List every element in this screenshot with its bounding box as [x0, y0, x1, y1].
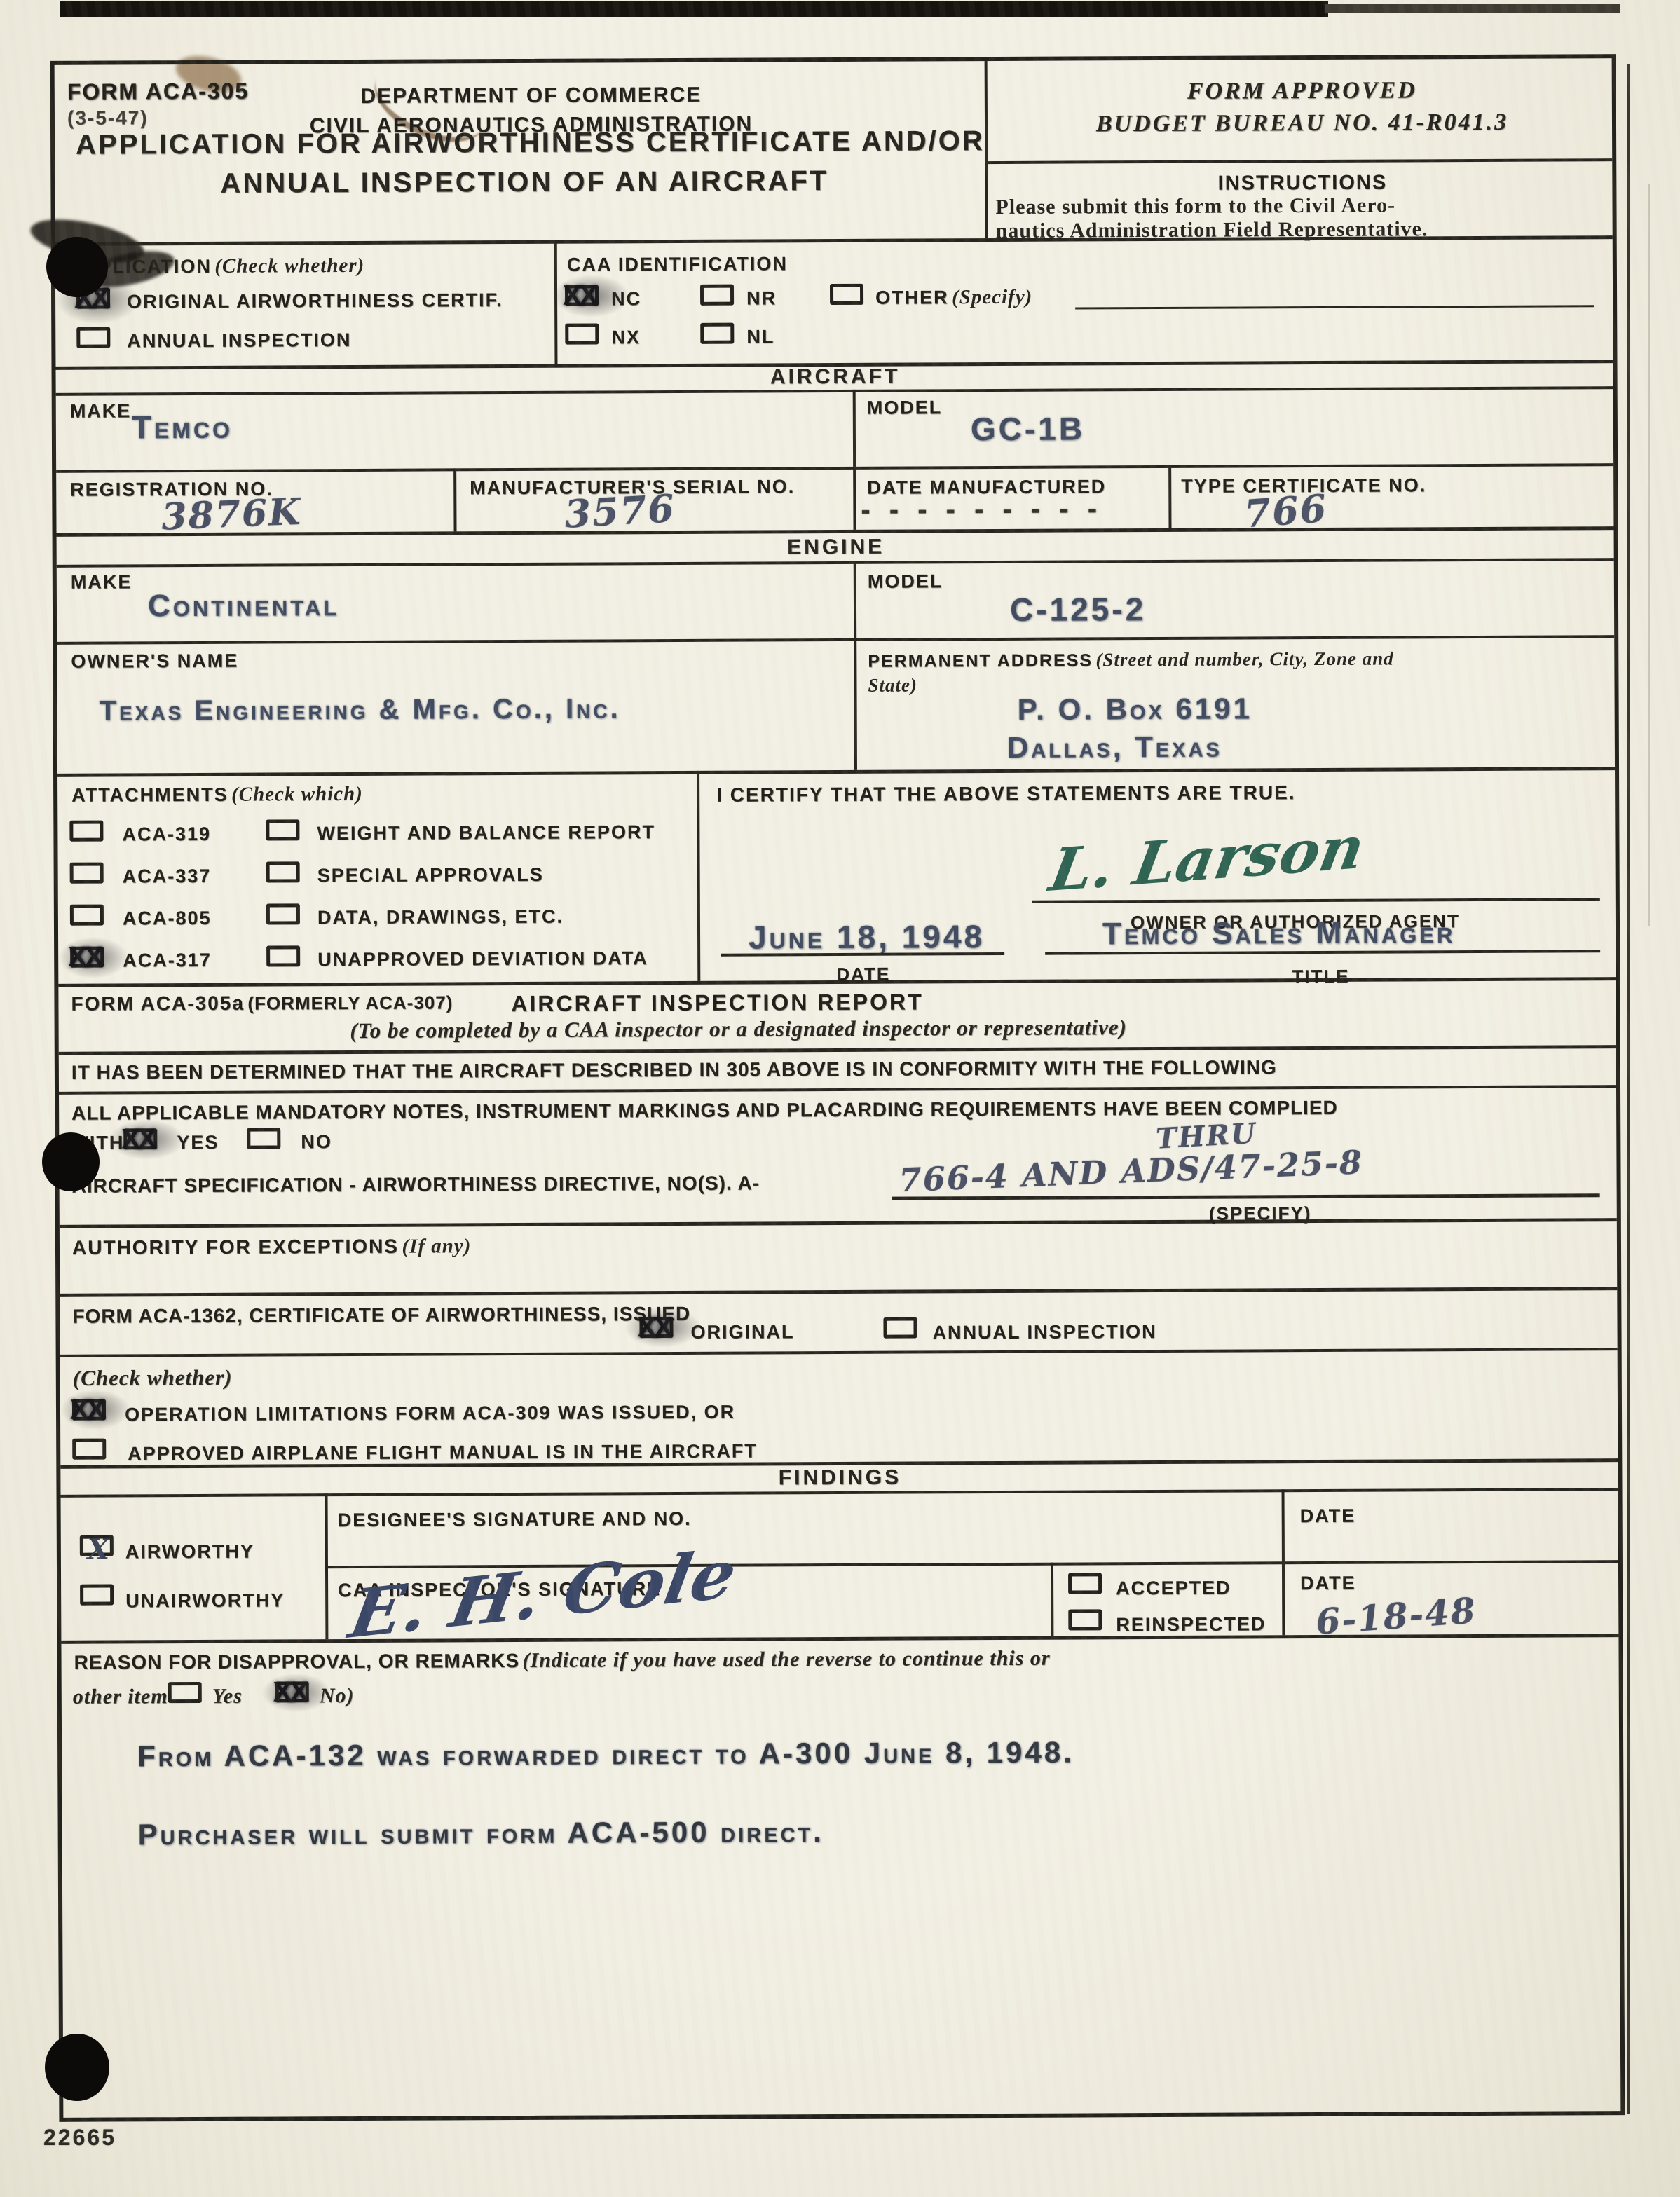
form-approved-line1: FORM APPROVED — [994, 76, 1611, 106]
owner-address-line2: Dallas, Texas — [1007, 730, 1222, 765]
attachments-label: ATTACHMENTS (Check which) — [71, 783, 363, 808]
reverse-no-label: No) — [320, 1684, 355, 1708]
checkbox-issued-annual[interactable] — [883, 1317, 917, 1339]
engine-make-value: Continental — [148, 588, 339, 624]
divider — [985, 158, 1612, 164]
caa-option-nc: NC — [611, 287, 641, 311]
checkbox-nr[interactable] — [700, 285, 734, 306]
check-mark-hand: X — [88, 1533, 109, 1566]
application-section: APPLICATION (Check whether) — [69, 254, 365, 280]
remarks-hint-line2: other item — [73, 1685, 168, 1709]
divider — [1168, 465, 1171, 528]
remarks-line2: Purchaser will submit form ACA-500 direc… — [138, 1815, 824, 1852]
authority-label-text: AUTHORITY FOR EXCEPTIONS — [72, 1236, 399, 1259]
spec-directive-value: 766-4 AND ADS/47-25-8 — [899, 1143, 1364, 1199]
attachments-label-text: ATTACHMENTS — [71, 784, 228, 806]
report-title: AIRCRAFT INSPECTION REPORT — [451, 987, 983, 1018]
caa-option-nl: NL — [746, 325, 774, 349]
caa-identification-label: CAA IDENTIFICATION — [567, 252, 788, 277]
divider — [60, 1218, 1617, 1228]
attachments-hint: (Check which) — [231, 783, 363, 806]
checkbox-unapproved-deviation[interactable] — [266, 945, 300, 966]
inspection-date-label: DATE — [1300, 1572, 1356, 1596]
ink-smudge — [624, 1307, 701, 1348]
issued-annual-label: ANNUAL INSPECTION — [932, 1320, 1156, 1345]
certify-title-value: Temco Sales Manager — [1102, 915, 1456, 952]
attachment-aca-337: ACA-337 — [123, 865, 212, 889]
owner-name-label: OWNER'S NAME — [71, 650, 238, 674]
divider — [1051, 1563, 1053, 1636]
checkbox-special-approvals[interactable] — [266, 861, 300, 882]
date-line — [721, 952, 1004, 957]
checkbox-other[interactable] — [830, 284, 863, 305]
form-title-line1: APPLICATION FOR AIRWORTHINESS CERTIFICAT… — [76, 125, 973, 161]
divider — [854, 561, 856, 638]
aircraft-model-label: MODEL — [867, 396, 943, 420]
certify-statement: I CERTIFY THAT THE ABOVE STATEMENTS ARE … — [716, 780, 1295, 807]
scan-edge-bar-right — [1325, 4, 1620, 13]
operation-limitations-label: OPERATION LIMITATIONS FORM ACA-309 WAS I… — [125, 1401, 735, 1428]
caa-inspector-signature: E. H. Cole — [344, 1534, 742, 1654]
airworthy-label: AIRWORTHY — [125, 1540, 254, 1565]
authority-exceptions-label: AUTHORITY FOR EXCEPTIONS (If any) — [72, 1233, 472, 1259]
divider — [985, 61, 988, 238]
form-title-line2: ANNUAL INSPECTION OF AN AIRCRAFT — [76, 165, 973, 200]
caa-option-nx: NX — [611, 326, 641, 350]
caa-option-other: OTHER (Specify) — [875, 286, 1032, 310]
certify-date-value: June 18, 1948 — [749, 917, 985, 956]
divider — [325, 1493, 329, 1639]
instructions-text-line2: nautics Administration Field Representat… — [996, 217, 1428, 243]
accepted-label: ACCEPTED — [1116, 1577, 1231, 1601]
engine-section-title: ENGINE — [57, 532, 1616, 563]
owner-name-value: Texas Engineering & Mfg. Co., Inc. — [100, 693, 621, 727]
owner-address-line1: P. O. Box 6191 — [1018, 692, 1252, 726]
application-option-original: ORIGINAL AIRWORTHINESS CERTIF. — [127, 289, 503, 314]
address-hint-line1: (Street and number, City, Zone and — [1095, 648, 1393, 671]
form-approved-line2: BUDGET BUREAU NO. 41-R041.3 — [994, 109, 1611, 138]
attachment-aca-805: ACA-805 — [123, 907, 212, 931]
reinspected-label: REINSPECTED — [1116, 1613, 1266, 1637]
divider — [59, 1085, 1616, 1095]
attachment-unapproved-deviation: UNAPPROVED DEVIATION DATA — [317, 947, 648, 972]
form-number: FORM ACA-305 — [67, 77, 249, 106]
registration-value: 3876K — [161, 491, 302, 539]
outer-border-line — [1627, 64, 1630, 2114]
aircraft-make-value: Temco — [132, 408, 233, 446]
divider — [697, 771, 700, 981]
caa-other-label: OTHER — [875, 287, 949, 308]
checkbox-nx[interactable] — [565, 323, 599, 344]
divider — [453, 468, 456, 531]
aircraft-model-value: GC-1B — [971, 409, 1085, 448]
divider — [57, 635, 1614, 645]
ink-smudge — [108, 1119, 185, 1160]
report-form-ref: FORM ACA-305a (FORMERLY ACA-307) — [71, 990, 453, 1015]
designee-signature-label: DESIGNEE'S SIGNATURE AND NO. — [338, 1507, 692, 1533]
application-hint: (Check whether) — [214, 254, 364, 278]
address-label-text: PERMANENT ADDRESS — [868, 650, 1093, 671]
certify-date-label: DATE — [836, 963, 890, 986]
check-whether-label: (Check whether) — [73, 1365, 233, 1391]
divider — [853, 390, 856, 467]
application-option-annual: ANNUAL INSPECTION — [127, 329, 351, 353]
certify-title-label: TITLE — [1292, 965, 1349, 988]
checkbox-nl[interactable] — [700, 323, 734, 344]
divider — [60, 1287, 1617, 1297]
caa-other-hint: (Specify) — [952, 286, 1032, 309]
checkbox-reinspected[interactable] — [1068, 1609, 1102, 1630]
divider — [59, 1045, 1616, 1055]
footer-serial: 22665 — [43, 2125, 116, 2151]
remarks-label-text: REASON FOR DISAPPROVAL, OR REMARKS — [74, 1650, 519, 1674]
engine-model-value: C-125-2 — [1010, 590, 1146, 629]
report-subtitle: (To be completed by a CAA inspector or a… — [143, 1014, 1334, 1044]
divider — [1282, 1489, 1285, 1635]
instructions-title: INSTRUCTIONS — [994, 169, 1611, 197]
checkbox-flight-manual[interactable] — [72, 1439, 106, 1460]
issued-original-label: ORIGINAL — [690, 1320, 794, 1344]
checkbox-aca-319[interactable] — [69, 821, 103, 842]
checkbox-accepted[interactable] — [1068, 1573, 1102, 1594]
owner-signature: L. Larson — [1045, 812, 1370, 904]
checkbox-complied-no[interactable] — [247, 1128, 280, 1149]
type-certificate-value: 766 — [1243, 486, 1329, 537]
attachment-data-drawings: DATA, DRAWINGS, ETC. — [317, 905, 564, 930]
divider — [853, 467, 856, 530]
specify-label: (SPECIFY) — [1209, 1202, 1312, 1225]
divider — [854, 638, 857, 770]
checkbox-reverse-yes[interactable] — [168, 1682, 202, 1703]
report-form-number: FORM ACA-305a — [71, 992, 245, 1015]
remarks-label-line1: REASON FOR DISAPPROVAL, OR REMARKS (Indi… — [74, 1646, 1050, 1675]
engine-model-label: MODEL — [868, 570, 943, 594]
checkbox-aca-805[interactable] — [70, 905, 104, 926]
remarks-line1: From ACA-132 was forwarded direct to A-3… — [137, 1736, 1074, 1774]
checkbox-aca-337[interactable] — [70, 863, 104, 884]
aircraft-make-label: MAKE — [70, 399, 132, 423]
instructions-text-line1: Please submit this form to the Civil Aer… — [995, 194, 1395, 219]
department-line: DEPARTMENT OF COMMERCE — [279, 81, 784, 110]
divider — [57, 767, 1615, 777]
divider — [60, 1348, 1618, 1357]
checkbox-annual-inspection[interactable] — [76, 327, 110, 348]
reverse-yes-label: Yes — [212, 1685, 243, 1709]
checkbox-unairworthy[interactable] — [80, 1585, 114, 1606]
report-determined-text: IT HAS BEEN DETERMINED THAT THE AIRCRAFT… — [71, 1055, 1277, 1085]
scan-edge-bar — [60, 1, 1328, 17]
ink-smudge — [60, 1389, 130, 1430]
margin-scan-line — [1648, 184, 1650, 926]
attachment-aca-319: ACA-319 — [122, 823, 211, 847]
divider — [56, 463, 1613, 473]
hole-punch — [42, 1132, 100, 1191]
complied-yes-label: YES — [177, 1131, 219, 1155]
report-formerly: (FORMERLY ACA-307) — [247, 992, 453, 1013]
permanent-address-label: PERMANENT ADDRESS (Street and number, Ci… — [868, 645, 1597, 698]
caa-option-nr: NR — [746, 287, 777, 310]
attachment-weight-balance: WEIGHT AND BALANCE REPORT — [317, 821, 655, 846]
checkbox-weight-balance[interactable] — [266, 819, 299, 840]
date-manufactured-value: - - - - - - - - - — [861, 493, 1102, 526]
address-hint-line2: State) — [868, 675, 917, 696]
remarks-hint-line1: (Indicate if you have used the reverse t… — [522, 1647, 1050, 1672]
report-complied-text: ALL APPLICABLE MANDATORY NOTES, INSTRUME… — [71, 1095, 1338, 1125]
attachment-aca-317: ACA-317 — [123, 949, 212, 973]
ink-smudge — [58, 936, 128, 978]
other-specify-line — [1075, 305, 1594, 309]
form-revision: (3-5-47) — [67, 105, 149, 130]
hole-punch — [45, 2034, 109, 2101]
scanned-form-page: FORM ACA-305 (3-5-47) DEPARTMENT OF COMM… — [0, 0, 1680, 2197]
form-body: FORM ACA-305 (3-5-47) DEPARTMENT OF COMM… — [50, 54, 1625, 2122]
designee-date-label: DATE — [1300, 1505, 1356, 1528]
aca1362-label: FORM ACA-1362, CERTIFICATE OF AIRWORTHIN… — [72, 1301, 690, 1329]
serial-value: 3576 — [564, 486, 677, 537]
spec-directive-label: AIRCRAFT SPECIFICATION - AIRWORTHINESS D… — [72, 1170, 760, 1198]
unairworthy-label: UNAIRWORTHY — [125, 1589, 285, 1613]
authority-hint: (If any) — [402, 1235, 471, 1257]
complied-no-label: NO — [301, 1130, 332, 1154]
checkbox-airworthy[interactable]: X — [80, 1535, 114, 1556]
attachment-special-approvals: SPECIAL APPROVALS — [317, 863, 544, 888]
engine-make-label: MAKE — [71, 570, 132, 594]
flight-manual-label: APPROVED AIRPLANE FLIGHT MANUAL IS IN TH… — [128, 1440, 758, 1467]
checkbox-data-drawings[interactable] — [266, 903, 300, 924]
